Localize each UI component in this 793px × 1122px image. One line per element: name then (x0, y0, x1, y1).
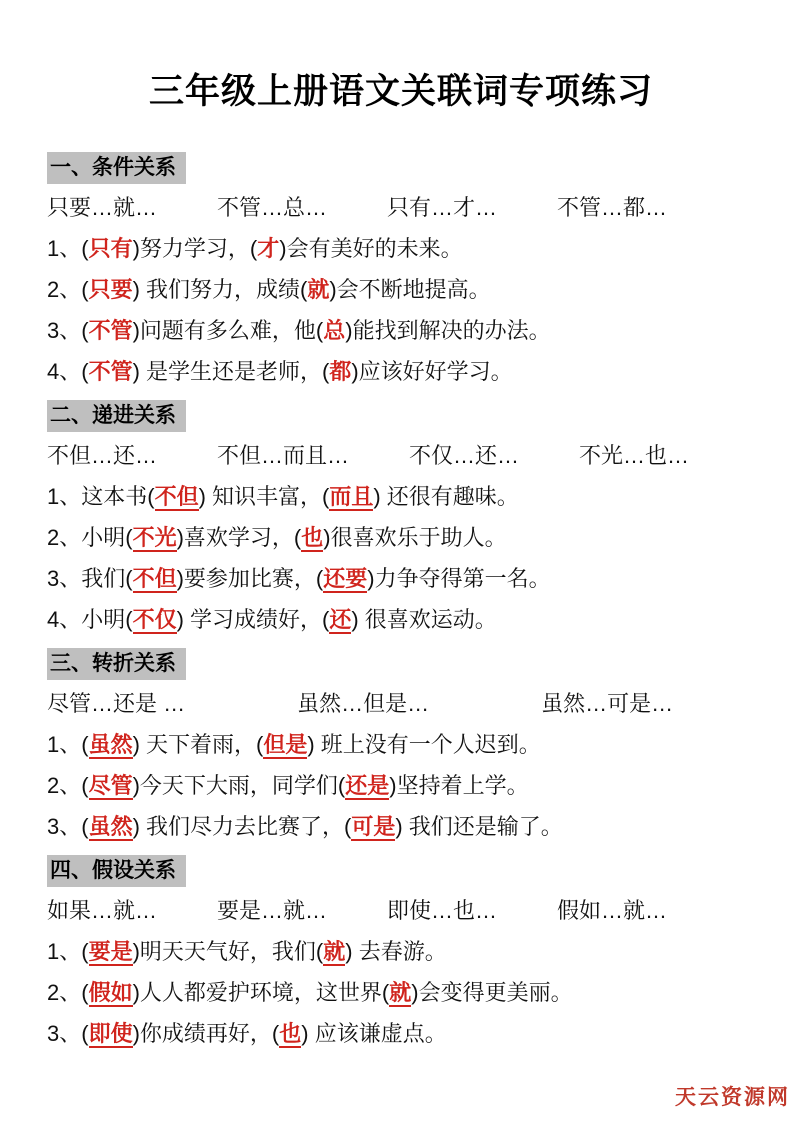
pattern: 只有…才… (387, 192, 497, 224)
pattern-row: 尽管…还是 …虽然…但是…虽然…可是… (47, 688, 755, 720)
answer-word: 总 (323, 318, 345, 343)
pattern: 不但…而且… (217, 440, 349, 472)
answer-word: 即使 (89, 1021, 133, 1048)
pattern: 虽然…但是… (297, 688, 429, 720)
item-text: 1、这本书( (47, 484, 155, 509)
item-text: ) 还很有趣味。 (373, 484, 518, 509)
pattern: 不光…也… (579, 440, 689, 472)
answer-word: 就 (307, 277, 329, 302)
exercise-item: 3、(虽然) 我们尽力去比赛了，(可是) 我们还是输了。 (47, 806, 755, 847)
pattern: 不管…都… (557, 192, 667, 224)
worksheet-page: 三年级上册语文关联词专项练习 一、条件关系只要…就…不管…总…只有…才…不管…都… (0, 0, 793, 1054)
item-text: ) 我们尽力去比赛了，( (133, 814, 352, 839)
section-heading: 二、递进关系 (47, 400, 186, 432)
item-text: 3、我们( (47, 566, 133, 591)
item-text: 4、小明( (47, 607, 133, 632)
pattern: 不但…还… (47, 440, 157, 472)
answer-word: 还要 (323, 566, 367, 593)
answer-word: 尽管 (89, 773, 133, 800)
pattern: 假如…就… (557, 895, 667, 927)
item-text: 3、( (47, 814, 89, 839)
exercise-item: 1、这本书(不但) 知识丰富，(而且) 还很有趣味。 (47, 476, 755, 517)
answer-word: 不管 (89, 359, 133, 384)
item-text: 3、( (47, 1021, 89, 1046)
exercise-item: 3、(不管)问题有多么难，他(总)能找到解决的办法。 (47, 310, 755, 351)
item-text: 2、( (47, 773, 89, 798)
item-text: )会不断地提高。 (329, 277, 490, 302)
answer-word: 就 (323, 939, 345, 966)
page-title: 三年级上册语文关联词专项练习 (47, 64, 755, 114)
item-text: 2、( (47, 980, 89, 1005)
section: 二、递进关系不但…还…不但…而且…不仅…还…不光…也…1、这本书(不但) 知识丰… (47, 392, 755, 640)
exercise-item: 2、(假如)人人都爱护环境，这世界(就)会变得更美丽。 (47, 972, 755, 1013)
pattern-row: 只要…就…不管…总…只有…才…不管…都… (47, 192, 755, 224)
item-text: )明天天气好，我们( (133, 939, 324, 964)
answer-word: 还 (329, 607, 351, 634)
item-text: 2、( (47, 277, 89, 302)
item-text: ) 我们还是输了。 (395, 814, 562, 839)
answer-word: 虽然 (89, 732, 133, 759)
item-text: ) 很喜欢运动。 (351, 607, 496, 632)
answer-word: 而且 (329, 484, 373, 511)
answer-word: 虽然 (89, 814, 133, 841)
item-text: )很喜欢乐于助人。 (323, 525, 506, 550)
pattern: 即使…也… (387, 895, 497, 927)
item-text: )今天下大雨，同学们( (133, 773, 346, 798)
answer-word: 不仅 (133, 607, 177, 634)
item-text: 2、小明( (47, 525, 133, 550)
answer-word: 要是 (89, 939, 133, 966)
pattern: 不仅…还… (409, 440, 519, 472)
item-text: 1、( (47, 732, 89, 757)
exercise-item: 2、(尽管)今天下大雨，同学们(还是)坚持着上学。 (47, 765, 755, 806)
answer-word: 才 (257, 236, 279, 261)
answer-word: 可是 (351, 814, 395, 841)
watermark: 天云资源网 (675, 1081, 790, 1111)
pattern: 虽然…可是… (541, 688, 673, 720)
item-text: ) 应该谦虚点。 (301, 1021, 446, 1046)
item-text: )会有美好的未来。 (279, 236, 462, 261)
pattern-row: 不但…还…不但…而且…不仅…还…不光…也… (47, 440, 755, 472)
section-heading: 四、假设关系 (47, 855, 186, 887)
exercise-item: 3、我们(不但)要参加比赛，(还要)力争夺得第一名。 (47, 558, 755, 599)
exercise-item: 1、(要是)明天天气好，我们(就) 去春游。 (47, 931, 755, 972)
answer-word: 也 (301, 525, 323, 552)
exercise-item: 4、小明(不仅) 学习成绩好，(还) 很喜欢运动。 (47, 599, 755, 640)
pattern: 要是…就… (217, 895, 327, 927)
item-text: ) 是学生还是老师，( (133, 359, 330, 384)
item-text: )能找到解决的办法。 (345, 318, 550, 343)
item-text: )喜欢学习，( (177, 525, 302, 550)
pattern: 只要…就… (47, 192, 157, 224)
answer-word: 也 (279, 1021, 301, 1048)
answer-word: 但是 (263, 732, 307, 759)
answer-word: 假如 (89, 980, 133, 1007)
answer-word: 还是 (345, 773, 389, 800)
answer-word: 只有 (89, 236, 133, 261)
answer-word: 不但 (133, 566, 177, 593)
item-text: )要参加比赛，( (177, 566, 324, 591)
section: 一、条件关系只要…就…不管…总…只有…才…不管…都…1、(只有)努力学习，(才)… (47, 144, 755, 392)
item-text: ) 班上没有一个人迟到。 (307, 732, 540, 757)
item-text: 3、( (47, 318, 89, 343)
answer-word: 不光 (133, 525, 177, 552)
answer-word: 只要 (89, 277, 133, 302)
section: 三、转折关系尽管…还是 …虽然…但是…虽然…可是…1、(虽然) 天下着雨，(但是… (47, 640, 755, 847)
answer-word: 就 (389, 980, 411, 1007)
item-text: )应该好好学习。 (351, 359, 512, 384)
section: 四、假设关系如果…就…要是…就…即使…也…假如…就…1、(要是)明天天气好，我们… (47, 847, 755, 1054)
item-text: 1、( (47, 939, 89, 964)
item-text: ) 天下着雨，( (133, 732, 264, 757)
exercise-item: 4、(不管) 是学生还是老师，(都)应该好好学习。 (47, 351, 755, 392)
section-heading: 一、条件关系 (47, 152, 186, 184)
item-text: )力争夺得第一名。 (367, 566, 550, 591)
exercise-item: 2、小明(不光)喜欢学习，(也)很喜欢乐于助人。 (47, 517, 755, 558)
pattern: 如果…就… (47, 895, 157, 927)
exercise-item: 2、(只要) 我们努力，成绩(就)会不断地提高。 (47, 269, 755, 310)
item-text: )你成绩再好，( (133, 1021, 280, 1046)
exercise-item: 1、(虽然) 天下着雨，(但是) 班上没有一个人迟到。 (47, 724, 755, 765)
exercise-item: 3、(即使)你成绩再好，(也) 应该谦虚点。 (47, 1013, 755, 1054)
item-text: ) 去春游。 (345, 939, 446, 964)
item-text: )问题有多么难，他( (133, 318, 324, 343)
exercise-item: 1、(只有)努力学习，(才)会有美好的未来。 (47, 228, 755, 269)
item-text: 1、( (47, 236, 89, 261)
pattern: 尽管…还是 … (47, 688, 185, 720)
pattern: 不管…总… (217, 192, 327, 224)
answer-word: 不管 (89, 318, 133, 343)
answer-word: 不但 (155, 484, 199, 511)
pattern-row: 如果…就…要是…就…即使…也…假如…就… (47, 895, 755, 927)
item-text: )努力学习，( (133, 236, 258, 261)
section-heading: 三、转折关系 (47, 648, 186, 680)
item-text: 4、( (47, 359, 89, 384)
item-text: ) 学习成绩好，( (177, 607, 330, 632)
item-text: )会变得更美丽。 (411, 980, 572, 1005)
sections-container: 一、条件关系只要…就…不管…总…只有…才…不管…都…1、(只有)努力学习，(才)… (47, 144, 755, 1054)
item-text: )坚持着上学。 (389, 773, 528, 798)
answer-word: 都 (329, 359, 351, 384)
item-text: ) 知识丰富，( (199, 484, 330, 509)
item-text: ) 我们努力，成绩( (133, 277, 308, 302)
item-text: )人人都爱护环境，这世界( (133, 980, 390, 1005)
